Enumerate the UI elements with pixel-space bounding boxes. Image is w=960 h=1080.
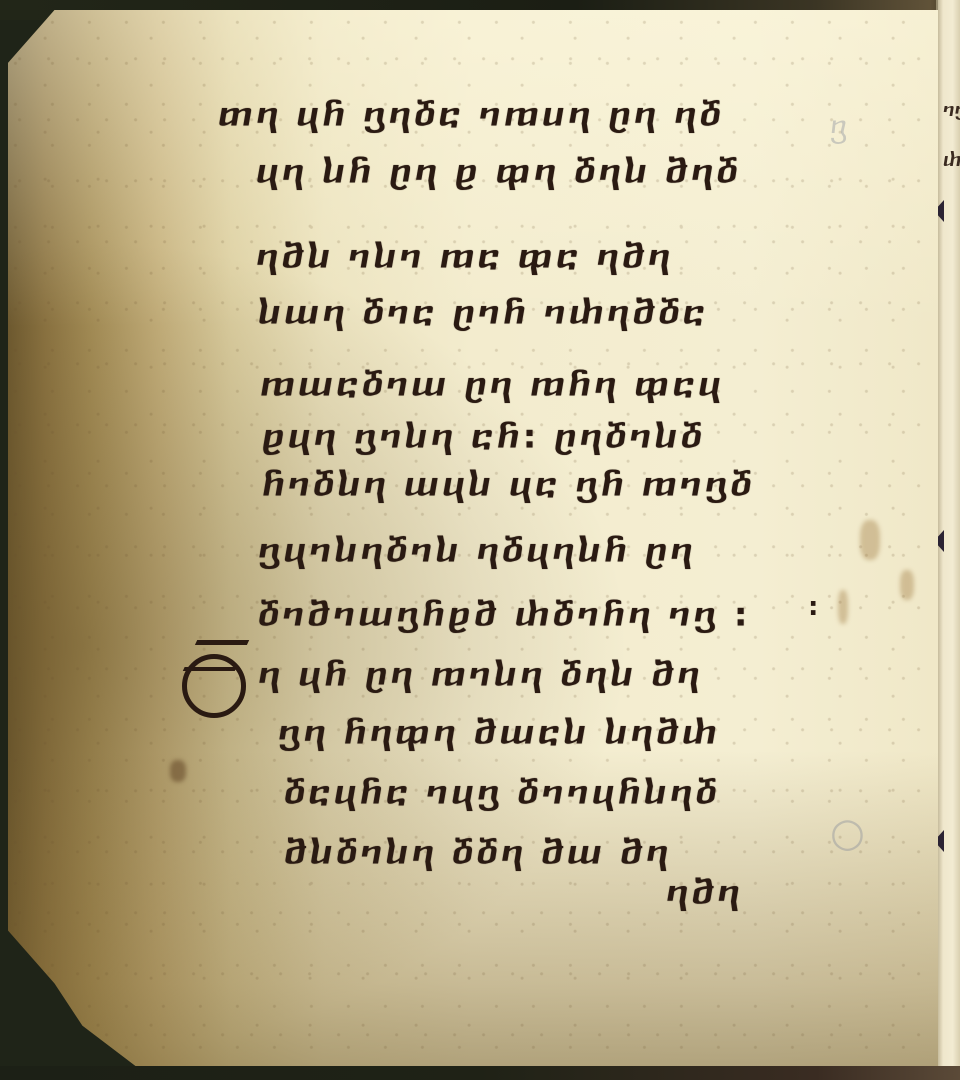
stain	[900, 570, 914, 600]
stain	[860, 520, 880, 560]
text-line: ⴋⴑⴃⴈⴑⴄ ⴃⴃⴄ ⴋⴍ ⴋⴄ	[284, 837, 671, 869]
background-bottom	[0, 1066, 960, 1080]
facing-page-fragment: ⴐ	[943, 150, 960, 171]
text-line: ⴄⴋⴑ ⴈⴑⴈ ⴊⴀ ⴔⴀ ⴄⴋⴄ	[256, 241, 673, 273]
text-line: ⴃⴀⴗⴌⴀ ⴈⴗⴂ ⴃⴈⴈⴗⴌⴑⴄⴃ	[284, 777, 720, 809]
decorated-initial	[180, 632, 254, 722]
text-line: ⴄⴋⴄ	[666, 877, 743, 909]
text-line: ⴌⴈⴃⴑⴄ ⴍⴗⴑ ⴗⴀ ⴂⴌ ⴊⴈⴂⴃ	[262, 469, 755, 501]
stain	[838, 590, 848, 624]
text-line: ⴑⴍⴄ ⴃⴈⴀ ⴚⴈⴌ ⴈⴐⴄⴋⴃⴀ	[258, 297, 708, 329]
text-line: ⴂⴄ ⴌⴄⴔⴄ ⴋⴍⴀⴑ ⴑⴄⴋⴐ	[278, 717, 720, 749]
text-line: ⴃⴈⴋⴈⴍⴂⴌⴒⴋ ⴐⴃⴈⴌⴄ ⴈⴂ :	[258, 599, 750, 631]
text-line: ⴇⴄ ⴗⴌ ⴂⴄⴃⴀ ⴈⴊⴎⴄ ⴚⴄ ⴄⴃ	[218, 99, 724, 131]
initial-ring	[182, 654, 246, 718]
facing-page-fragment: ⴈⴂ	[943, 100, 960, 121]
text-line: ⴄ ⴗⴌ ⴚⴄ ⴊⴈⴑⴄ ⴃⴄⴑ ⴋⴄ	[258, 659, 703, 691]
punctuation-mark: :	[808, 592, 818, 622]
text-line: ⴒⴗⴄ ⴂⴈⴑⴄ ⴀⴌ: ⴚⴄⴃⴈⴑⴃ	[262, 421, 705, 453]
show-through-ghost: ⴂ	[830, 110, 847, 145]
text-line: ⴊⴍⴀⴃⴈⴍ ⴚⴄ ⴊⴌⴄ ⴔⴀⴗ	[260, 369, 724, 401]
stain	[170, 760, 186, 782]
text-line: ⴂⴗⴈⴑⴄⴃⴈⴑ ⴄⴃⴗⴄⴑⴌ ⴚⴄ	[258, 535, 696, 567]
text-line: ⴗⴄ ⴑⴌ ⴚⴄ ⴒ ⴔⴄ ⴃⴄⴑ ⴋⴄⴃ	[256, 156, 741, 188]
show-through-ghost: ○	[830, 810, 865, 856]
